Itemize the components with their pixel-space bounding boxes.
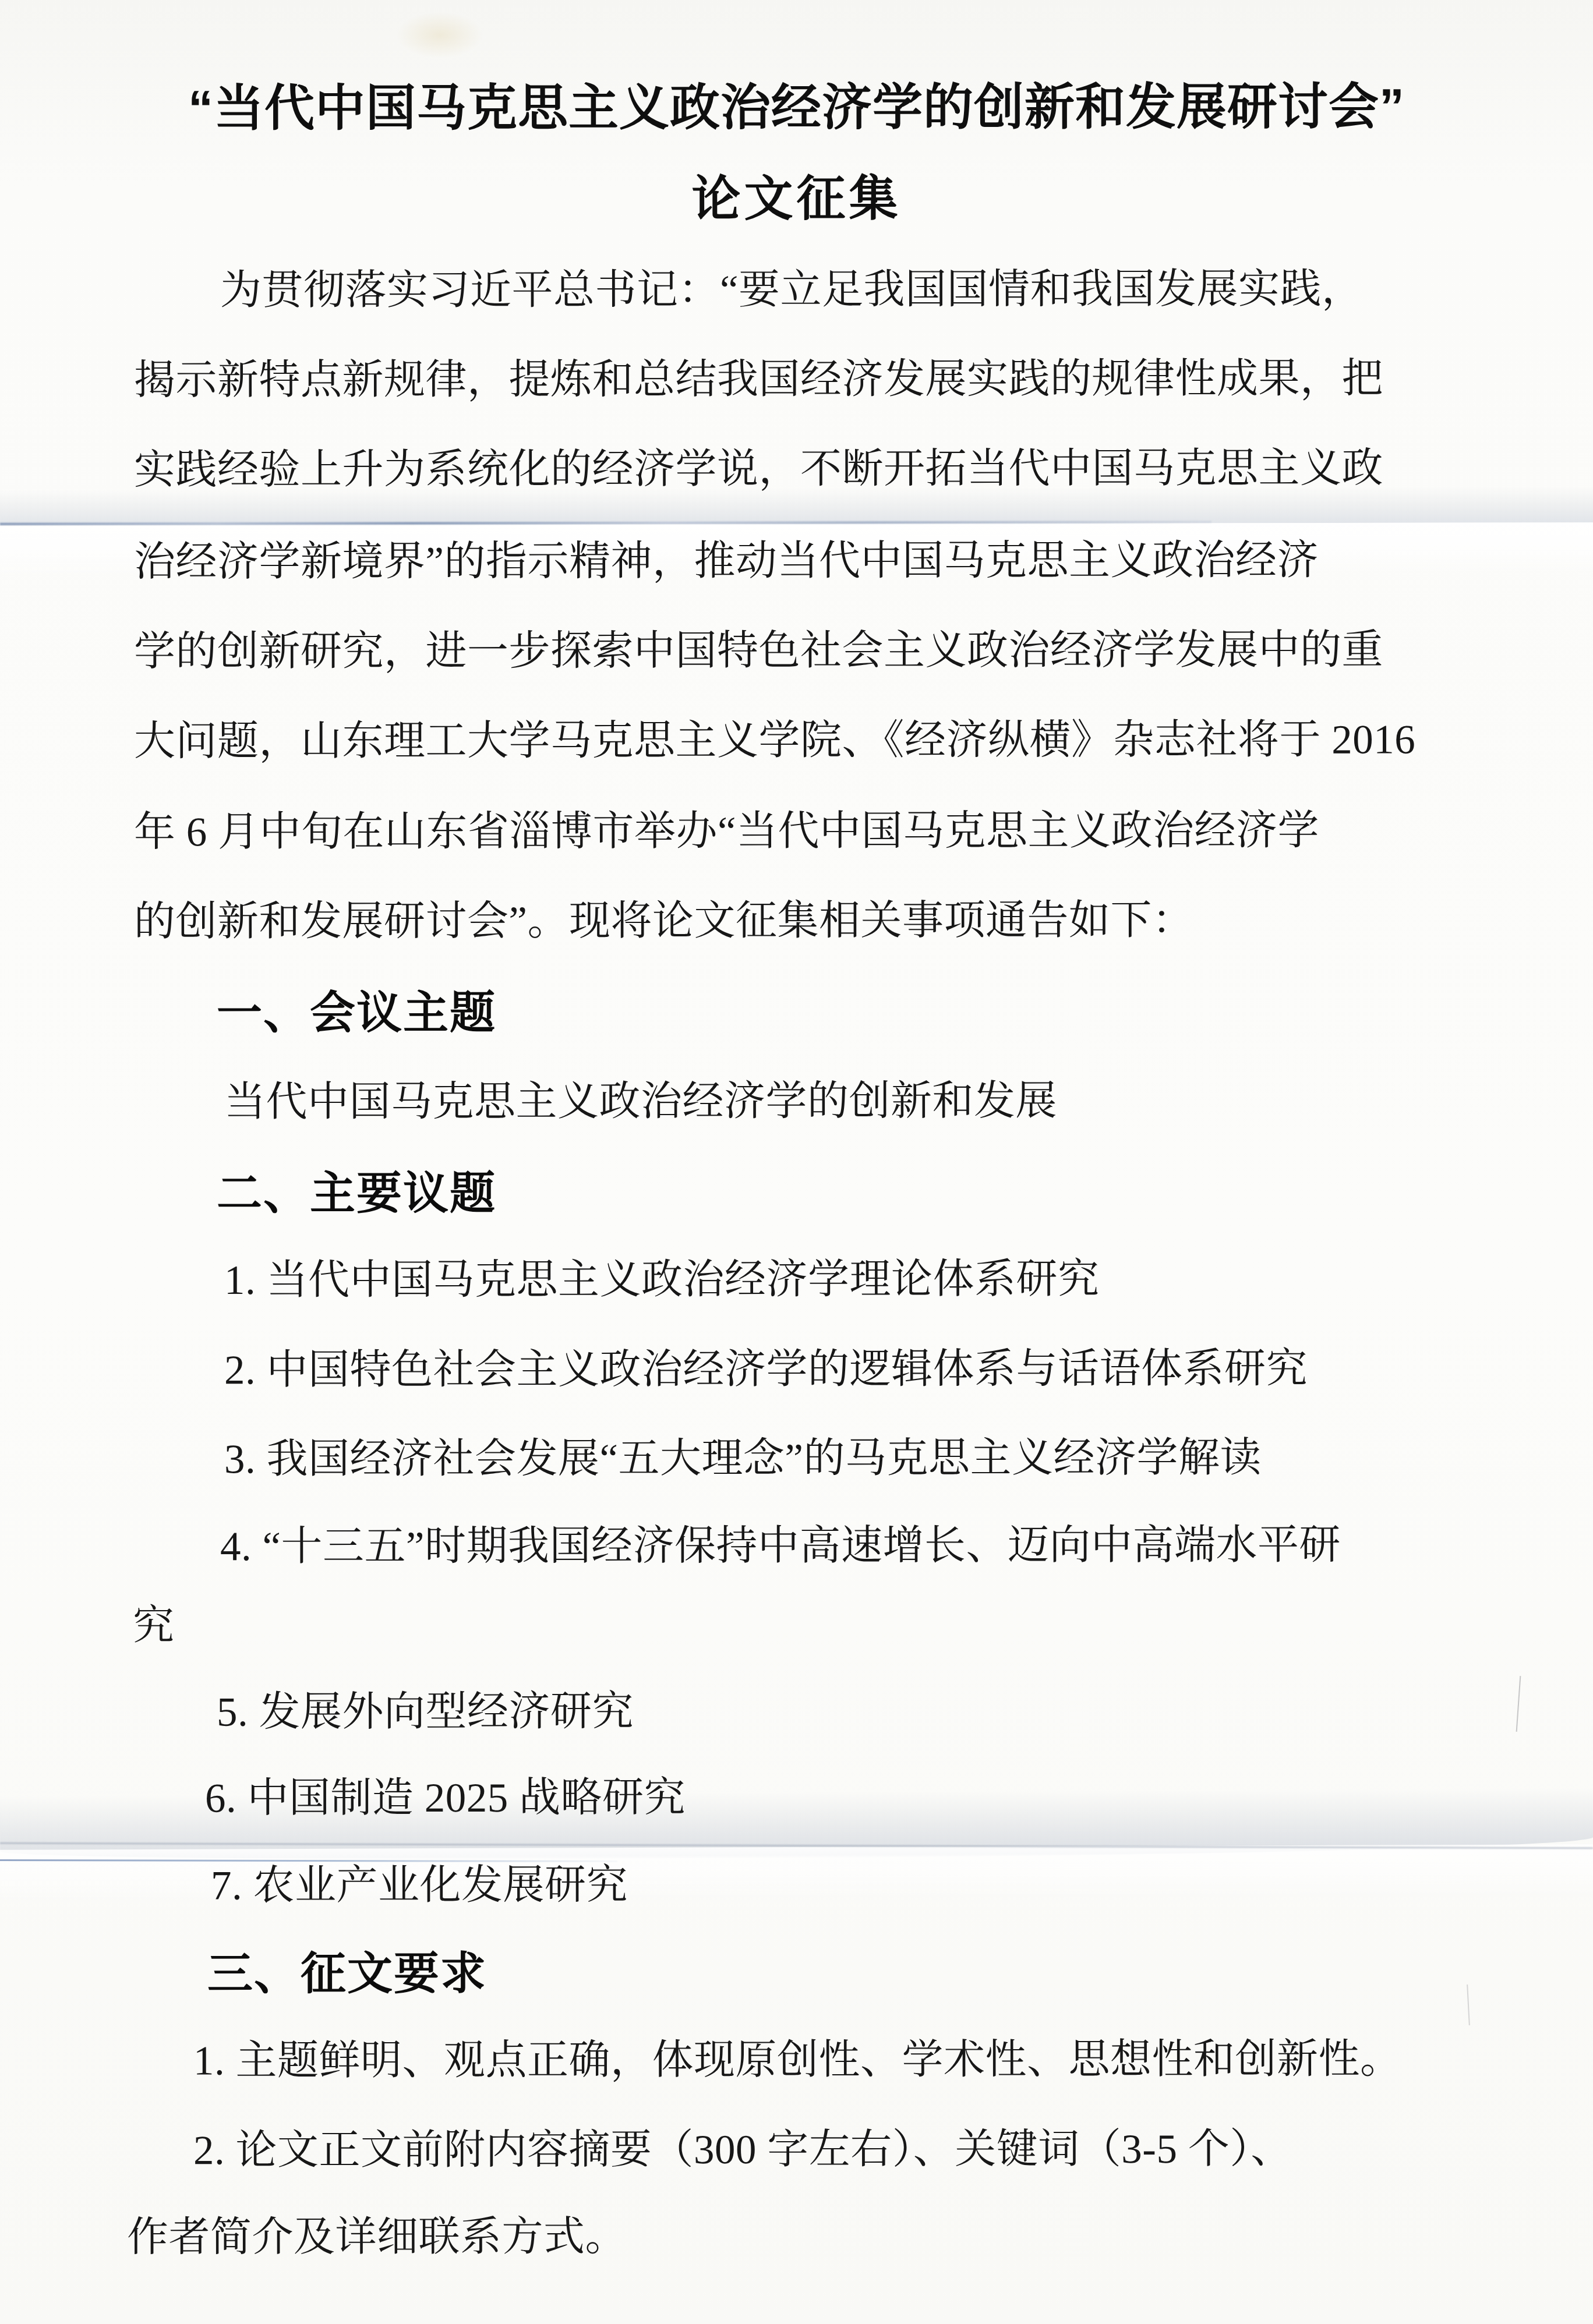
topic-item-continuation: 究 xyxy=(133,1603,175,1650)
topic-item: 2. 中国特色社会主义政治经济学的逻辑体系与话语体系研究 xyxy=(224,1346,1308,1395)
conference-theme-text: 当代中国马克思主义政治经济学的创新和发展 xyxy=(224,1078,1057,1127)
section-heading-conference-theme: 一、会议主题 xyxy=(217,987,496,1039)
scan-hairline-mark xyxy=(1516,1676,1521,1732)
intro-line: 的创新和发展研讨会”。现将论文征集相关事项通告如下： xyxy=(134,897,1194,946)
section-heading-main-topics: 二、主要议题 xyxy=(217,1168,496,1220)
document-title-line-1: “当代中国马克思主义政治经济学的创新和发展研讨会” xyxy=(0,78,1593,138)
intro-line: 年 6 月中旬在山东省淄博市举办“当代中国马克思主义政治经济学 xyxy=(134,808,1319,857)
intro-line: 揭示新特点新规律，提炼和总结我国经济发展实践的规律性成果，把 xyxy=(134,356,1383,405)
scan-hairline-mark xyxy=(1467,1985,1470,2025)
document-title-line-2: 论文征集 xyxy=(0,169,1593,228)
requirement-item: 2. 论文正文前附内容摘要（300 字左右）、关键词（3-5 个）、 xyxy=(193,2126,1292,2175)
topic-item: 3. 我国经济社会发展“五大理念”的马克思主义经济学解读 xyxy=(224,1435,1262,1484)
requirement-item: 1. 主题鲜明、观点正确，体现原创性、学术性、思想性和创新性。 xyxy=(193,2036,1402,2086)
requirement-item-continuation: 作者简介及详细联系方式。 xyxy=(127,2213,627,2262)
intro-line: 学的创新研究，进一步探索中国特色社会主义政治经济学发展中的重 xyxy=(134,627,1383,677)
intro-line: 为贯彻落实习近平总书记：“要立足我国国情和我国发展实践， xyxy=(220,266,1364,315)
topic-item: 7. 农业产业化发展研究 xyxy=(211,1862,628,1911)
topic-item: 5. 发展外向型经济研究 xyxy=(217,1689,634,1737)
intro-line: 治经济学新境界”的指示精神，推动当代中国马克思主义政治经济 xyxy=(134,537,1319,586)
topic-item: 1. 当代中国马克思主义政治经济学理论体系研究 xyxy=(224,1256,1100,1305)
topic-item: 4. “十三五”时期我国经济保持中高速增长、迈向中高端水平研 xyxy=(220,1522,1341,1571)
topic-item: 6. 中国制造 2025 战略研究 xyxy=(205,1774,686,1823)
scan-smudge xyxy=(396,12,483,58)
scanned-document-page: “当代中国马克思主义政治经济学的创新和发展研讨会” 论文征集 为贯彻落实习近平总… xyxy=(0,0,1593,2324)
intro-line: 实践经验上升为系统化的经济学说，不断开拓当代中国马克思主义政 xyxy=(134,445,1383,495)
section-heading-submission-requirements: 三、征文要求 xyxy=(207,1948,487,2000)
intro-line: 大问题，山东理工大学马克思主义学院、《经济纵横》杂志社将于 2016 xyxy=(134,716,1415,766)
